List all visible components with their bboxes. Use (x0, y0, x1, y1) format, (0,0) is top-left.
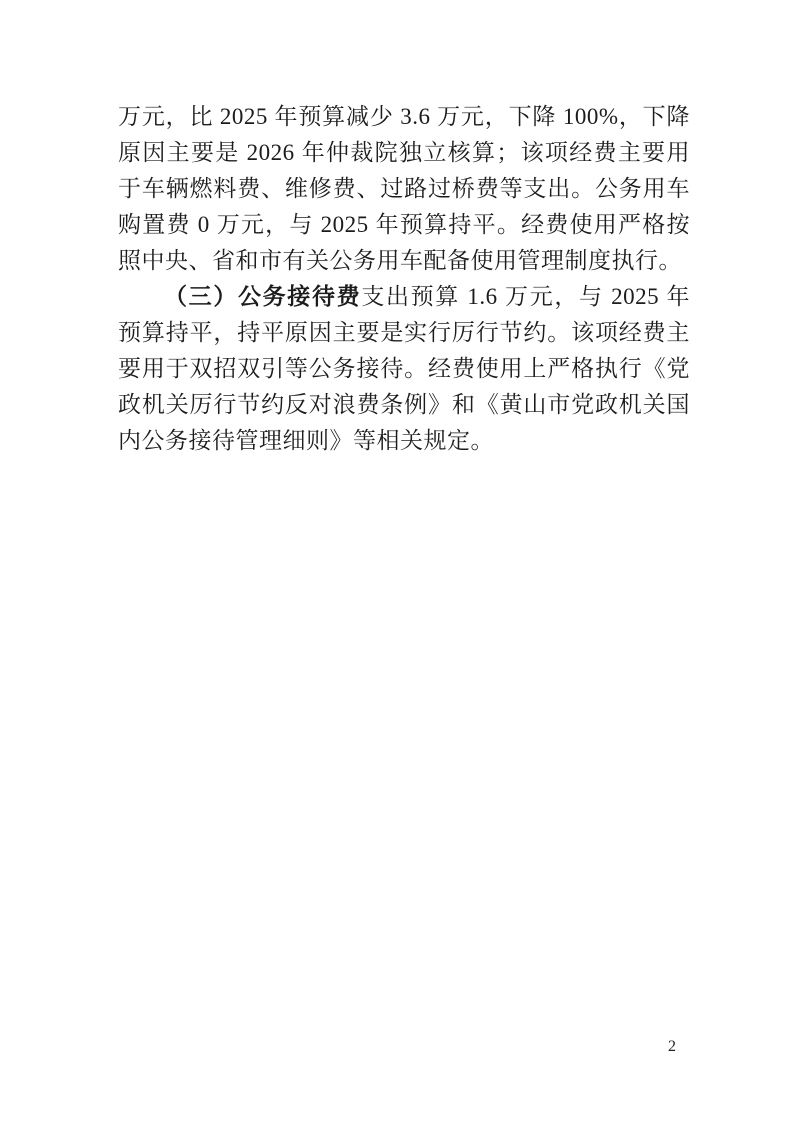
paragraph-text: 万元，比 2025 年预算减少 3.6 万元，下降 100%，下降原因主要是 2… (118, 104, 690, 273)
document-page: 万元，比 2025 年预算减少 3.6 万元，下降 100%，下降原因主要是 2… (0, 0, 793, 1122)
document-body: 万元，比 2025 年预算减少 3.6 万元，下降 100%，下降原因主要是 2… (118, 99, 690, 459)
paragraph-reception-expense: （三）公务接待费支出预算 1.6 万元，与 2025 年预算持平，持平原因主要是… (118, 279, 690, 459)
paragraph-bold-heading: （三）公务接待费 (164, 284, 361, 309)
paragraph-vehicle-expense: 万元，比 2025 年预算减少 3.6 万元，下降 100%，下降原因主要是 2… (118, 99, 690, 279)
paragraph-text: 支出预算 1.6 万元，与 2025 年预算持平，持平原因主要是实行厉行节约。该… (118, 284, 690, 453)
page-number: 2 (660, 1036, 684, 1058)
